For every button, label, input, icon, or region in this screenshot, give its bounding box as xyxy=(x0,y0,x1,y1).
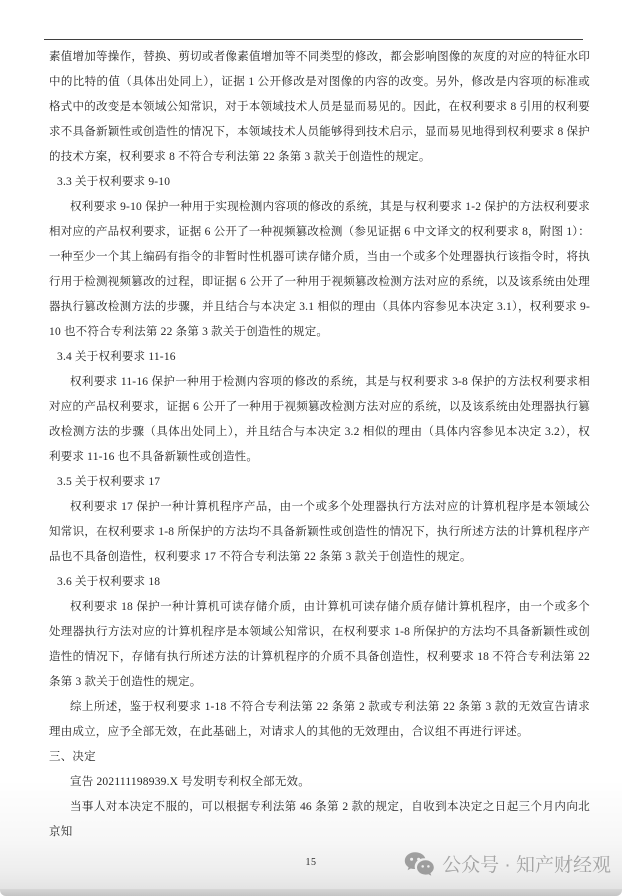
paragraph-claim-18: 权利要求 18 保护一种计算机可读存储介质，由计算机可读存储介质存储计算机程序，… xyxy=(49,595,590,695)
paragraph-claims-11-16: 权利要求 11-16 保护一种用于检测内容项的修改的系统，其是与权利要求 3-8… xyxy=(49,370,590,470)
wechat-icon xyxy=(404,851,435,877)
body-paragraph-continued: 素值增加等操作，替换、剪切或者像素值增加等不同类型的修改，都会影响图像的灰度的对… xyxy=(49,45,590,170)
paragraph-appeal-notice: 当事人对本决定不服的，可以根据专利法第 46 条第 2 款的规定，自收到本决定之… xyxy=(49,795,590,845)
document-page: 素值增加等操作，替换、剪切或者像素值增加等不同类型的修改，都会影响图像的灰度的对… xyxy=(0,0,622,896)
document-body: 素值增加等操作，替换、剪切或者像素值增加等不同类型的修改，都会影响图像的灰度的对… xyxy=(49,45,590,845)
paragraph-decision-announcement: 宣告 202111198939.X 号发明专利权全部无效。 xyxy=(49,770,590,795)
paragraph-claim-17: 权利要求 17 保护一种计算机程序产品，由一个或多个处理器执行方法对应的计算机程… xyxy=(49,495,590,570)
page-bottom-edge xyxy=(0,889,622,896)
heading-claim-17: 3.5 关于权利要求 17 xyxy=(49,470,590,495)
heading-claims-9-10: 3.3 关于权利要求 9-10 xyxy=(49,170,590,195)
heading-decision-section: 三、决定 xyxy=(49,745,590,770)
heading-claims-11-16: 3.4 关于权利要求 11-16 xyxy=(49,345,590,370)
heading-claim-18: 3.6 关于权利要求 18 xyxy=(49,570,590,595)
paragraph-conclusion: 综上所述，鉴于权利要求 1-18 不符合专利法第 22 条第 2 款或专利法第 … xyxy=(49,695,590,745)
paragraph-claims-9-10: 权利要求 9-10 保护一种用于实现检测内容项的修改的系统，其是与权利要求 1-… xyxy=(49,195,590,345)
header-separator-rule xyxy=(44,39,583,40)
watermark-text: 公众号 · 知产财经观 xyxy=(442,850,611,877)
watermark: 公众号 · 知产财经观 xyxy=(404,850,611,877)
